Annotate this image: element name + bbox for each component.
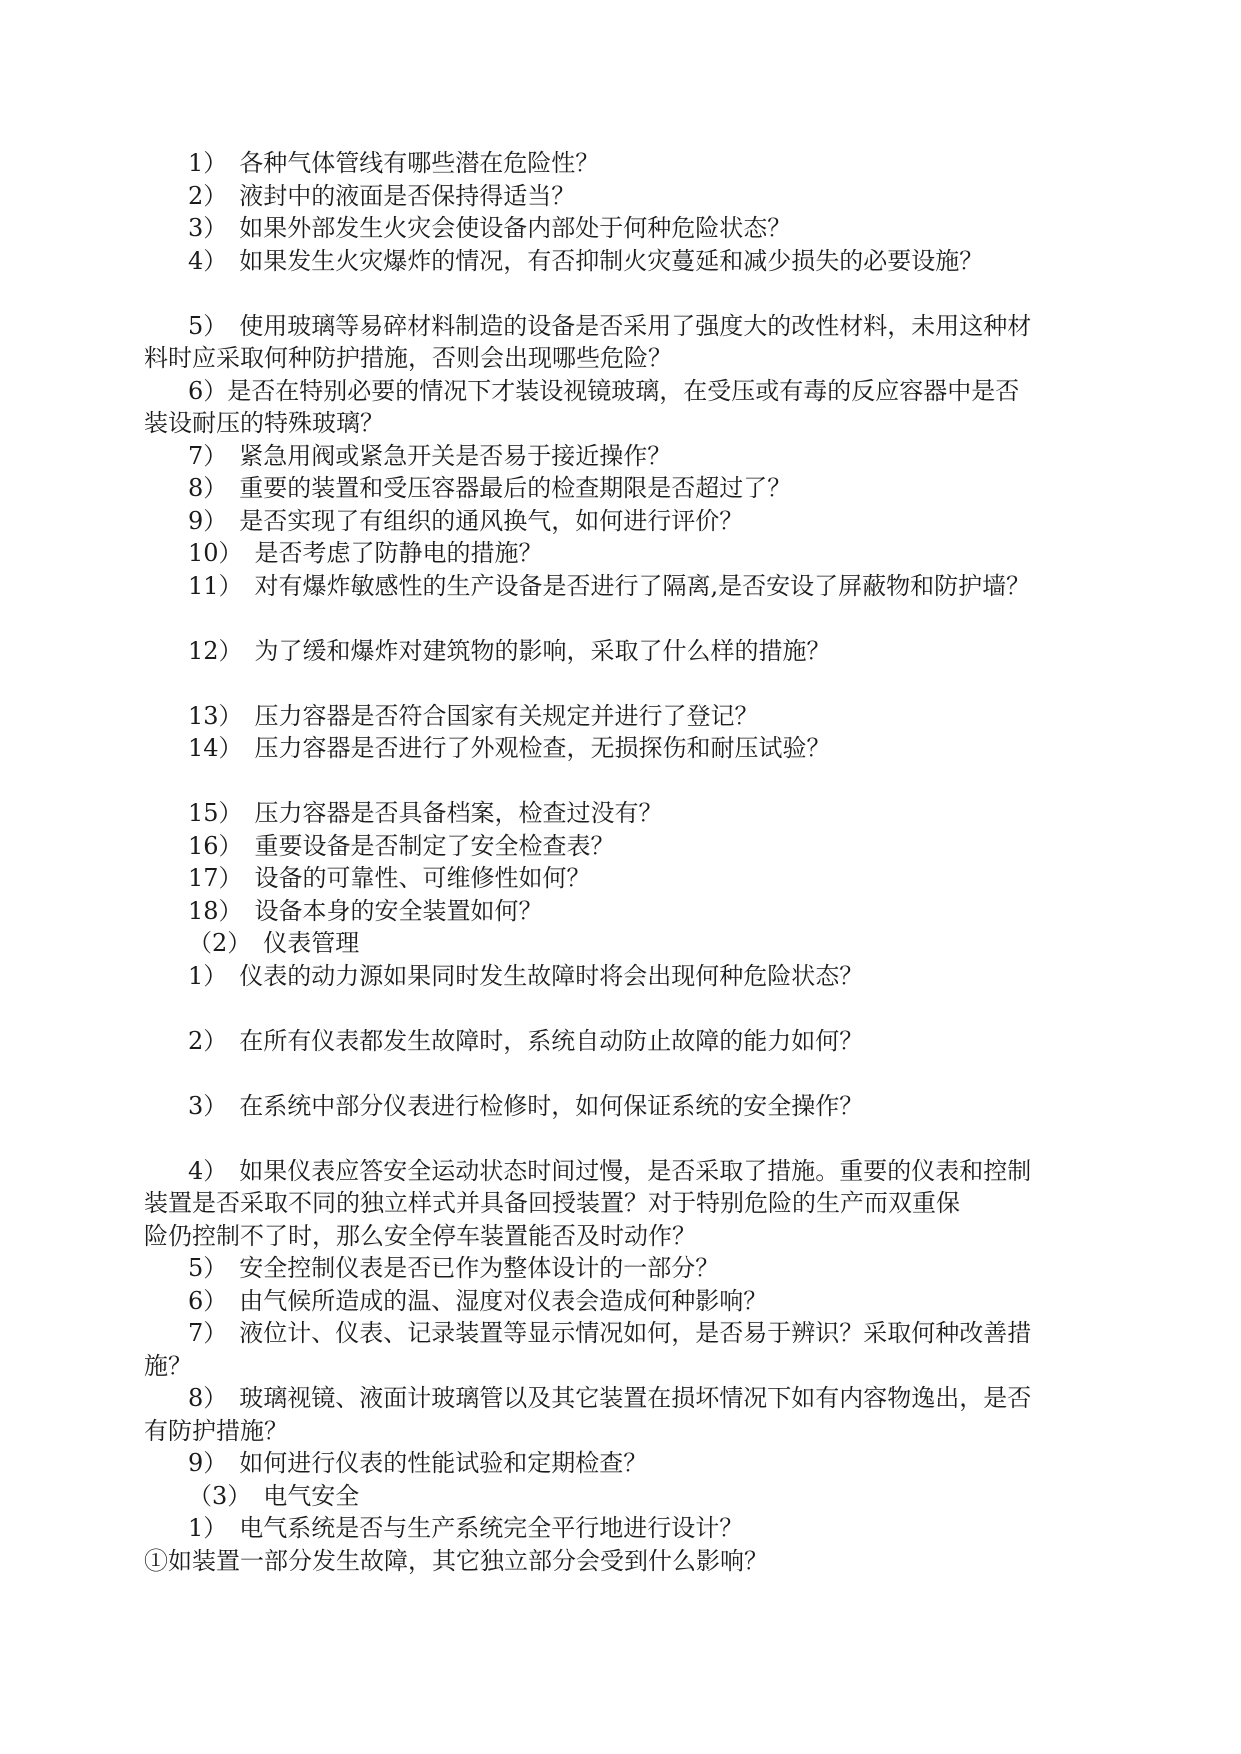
list-item: 14） 压力容器是否进行了外观检查，无损探伤和耐压试验？ <box>144 732 1181 765</box>
list-item: 2） 液封中的液面是否保持得适当？ <box>144 180 1181 213</box>
list-item-continuation: 装置是否采取不同的独立样式并具备回授装置？对于特别危险的生产而双重保 <box>144 1187 1181 1220</box>
list-item: 10） 是否考虑了防静电的措施？ <box>144 537 1181 570</box>
list-item: 1） 电气系统是否与生产系统完全平行地进行设计？ <box>144 1512 1181 1545</box>
list-item-continuation: 施？ <box>144 1350 1181 1383</box>
list-item: 12） 为了缓和爆炸对建筑物的影响，采取了什么样的措施？ <box>144 635 1181 668</box>
list-item: 16） 重要设备是否制定了安全检查表？ <box>144 830 1181 863</box>
list-item: 3） 在系统中部分仪表进行检修时，如何保证系统的安全操作？ <box>144 1090 1181 1123</box>
list-item: 7） 紧急用阀或紧急开关是否易于接近操作？ <box>144 440 1181 473</box>
list-item: 8） 玻璃视镜、液面计玻璃管以及其它装置在损坏情况下如有内容物逸出，是否 <box>144 1382 1181 1415</box>
list-item: 1） 仪表的动力源如果同时发生故障时将会出现何种危险状态？ <box>144 960 1181 993</box>
list-item: 5） 安全控制仪表是否已作为整体设计的一部分？ <box>144 1252 1181 1285</box>
list-item: 9） 如何进行仪表的性能试验和定期检查？ <box>144 1447 1181 1480</box>
list-item: 1） 各种气体管线有哪些潜在危险性？ <box>144 147 1181 180</box>
list-item: 4） 如果仪表应答安全运动状态时间过慢，是否采取了措施。重要的仪表和控制 <box>144 1155 1181 1188</box>
blank-line <box>144 992 1181 1025</box>
list-item: 17） 设备的可靠性、可维修性如何？ <box>144 862 1181 895</box>
document-page: 1） 各种气体管线有哪些潜在危险性？ 2） 液封中的液面是否保持得适当？ 3） … <box>0 0 1241 1754</box>
list-item-continuation: 有防护措施？ <box>144 1415 1181 1448</box>
list-item: 8） 重要的装置和受压容器最后的检查期限是否超过了？ <box>144 472 1181 505</box>
section-heading: （2） 仪表管理 <box>144 927 1181 960</box>
list-item: 15） 压力容器是否具备档案，检查过没有？ <box>144 797 1181 830</box>
list-item: 3） 如果外部发生火灾会使设备内部处于何种危险状态？ <box>144 212 1181 245</box>
list-item-continuation: ①如装置一部分发生故障，其它独立部分会受到什么影响？ <box>144 1545 1181 1578</box>
list-item-continuation: 装设耐压的特殊玻璃？ <box>144 407 1181 440</box>
section-heading: （3） 电气安全 <box>144 1480 1181 1513</box>
blank-line <box>144 1057 1181 1090</box>
list-item: 11） 对有爆炸敏感性的生产设备是否进行了隔离,是否安设了屏蔽物和防护墙？ <box>144 570 1181 603</box>
blank-line <box>144 1122 1181 1155</box>
list-item: 9） 是否实现了有组织的通风换气，如何进行评价？ <box>144 505 1181 538</box>
blank-line <box>144 667 1181 700</box>
list-item: 4） 如果发生火灾爆炸的情况，有否抑制火灾蔓延和减少损失的必要设施？ <box>144 245 1181 278</box>
list-item-continuation: 险仍控制不了时，那么安全停车装置能否及时动作？ <box>144 1220 1181 1253</box>
list-item: 18） 设备本身的安全装置如何？ <box>144 895 1181 928</box>
list-item: 6） 由气候所造成的温、湿度对仪表会造成何种影响？ <box>144 1285 1181 1318</box>
list-item: 2） 在所有仪表都发生故障时，系统自动防止故障的能力如何？ <box>144 1025 1181 1058</box>
list-item: 7） 液位计、仪表、记录装置等显示情况如何，是否易于辨识？采取何种改善措 <box>144 1317 1181 1350</box>
list-item: 6）是否在特别必要的情况下才装设视镜玻璃，在受压或有毒的反应容器中是否 <box>144 375 1181 408</box>
blank-line <box>144 602 1181 635</box>
list-item: 5） 使用玻璃等易碎材料制造的设备是否采用了强度大的改性材料，未用这种材 <box>144 310 1181 343</box>
list-item-continuation: 料时应采取何种防护措施，否则会出现哪些危险？ <box>144 342 1181 375</box>
blank-line <box>144 765 1181 798</box>
list-item: 13） 压力容器是否符合国家有关规定并进行了登记？ <box>144 700 1181 733</box>
blank-line <box>144 277 1181 310</box>
